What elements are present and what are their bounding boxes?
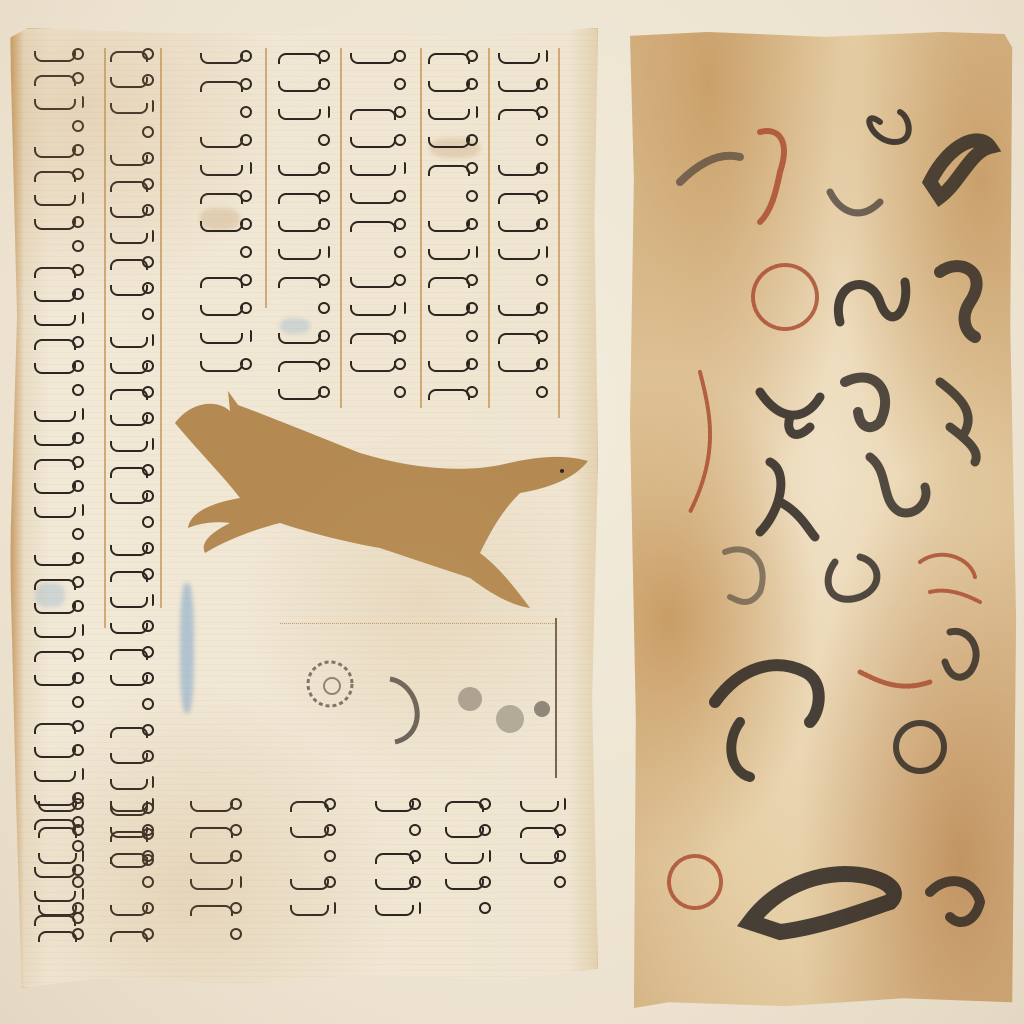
pseudo-glyph bbox=[200, 274, 256, 290]
pseudo-glyph bbox=[290, 850, 340, 866]
pseudo-glyph bbox=[498, 274, 552, 290]
pseudo-glyph bbox=[110, 178, 158, 194]
glyph-column bbox=[498, 50, 552, 402]
pseudo-glyph bbox=[110, 620, 158, 636]
pseudo-glyph bbox=[190, 876, 246, 892]
pseudo-glyph bbox=[34, 240, 88, 256]
pseudo-glyph bbox=[200, 50, 256, 66]
pseudo-glyph bbox=[520, 850, 570, 866]
pseudo-glyph bbox=[278, 134, 334, 150]
pseudo-glyph bbox=[38, 824, 88, 840]
pseudo-glyph bbox=[110, 672, 158, 688]
pseudo-glyph bbox=[428, 78, 482, 94]
pseudo-glyph bbox=[428, 330, 482, 346]
pseudo-glyph bbox=[190, 824, 246, 840]
pseudo-glyph bbox=[350, 274, 410, 290]
column-rule bbox=[488, 48, 490, 408]
pseudo-glyph bbox=[375, 824, 425, 840]
pseudo-glyph bbox=[200, 358, 256, 374]
pseudo-glyph bbox=[498, 162, 552, 178]
pseudo-glyph bbox=[445, 798, 495, 814]
pseudo-glyph bbox=[110, 360, 158, 376]
pseudo-glyph bbox=[428, 190, 482, 206]
pseudo-glyph bbox=[428, 50, 482, 66]
pseudo-glyph bbox=[110, 256, 158, 272]
pseudo-glyph bbox=[34, 288, 88, 304]
ink-animal-figures bbox=[630, 32, 1020, 1012]
pseudo-glyph bbox=[34, 384, 88, 400]
pseudo-glyph bbox=[34, 312, 88, 328]
pseudo-glyph bbox=[34, 720, 88, 736]
pseudo-glyph bbox=[110, 230, 158, 246]
pseudo-glyph bbox=[110, 750, 158, 766]
pseudo-glyph bbox=[110, 776, 158, 792]
pseudo-glyph bbox=[520, 824, 570, 840]
pseudo-glyph bbox=[498, 218, 552, 234]
pseudo-glyph bbox=[428, 134, 482, 150]
pseudo-glyph bbox=[34, 432, 88, 448]
pseudo-glyph bbox=[498, 246, 552, 262]
pseudo-glyph bbox=[278, 162, 334, 178]
pseudo-glyph bbox=[110, 308, 158, 324]
pseudo-glyph bbox=[110, 824, 158, 840]
pseudo-glyph bbox=[110, 438, 158, 454]
pseudo-glyph bbox=[110, 542, 158, 558]
pseudo-glyph bbox=[350, 78, 410, 94]
pseudo-glyph bbox=[34, 192, 88, 208]
pseudo-glyph bbox=[34, 456, 88, 472]
pseudo-glyph bbox=[110, 698, 158, 714]
pseudo-glyph bbox=[278, 274, 334, 290]
pseudo-glyph bbox=[110, 876, 158, 892]
pseudo-glyph bbox=[110, 334, 158, 350]
column-rule bbox=[265, 48, 267, 308]
pseudo-glyph bbox=[190, 798, 246, 814]
column-rule bbox=[420, 48, 422, 408]
pseudo-glyph bbox=[110, 48, 158, 64]
pseudo-glyph bbox=[34, 504, 88, 520]
lower-panel bbox=[280, 623, 555, 774]
pseudo-glyph bbox=[278, 190, 334, 206]
pseudo-glyph bbox=[375, 798, 425, 814]
glyph-column bbox=[278, 50, 334, 402]
ink-blot-marks bbox=[280, 624, 555, 774]
pseudo-glyph bbox=[34, 576, 88, 592]
pseudo-glyph bbox=[34, 552, 88, 568]
pseudo-glyph bbox=[110, 490, 158, 506]
pseudo-glyph bbox=[110, 724, 158, 740]
pseudo-glyph bbox=[350, 246, 410, 262]
pseudo-glyph bbox=[428, 302, 482, 318]
pseudo-glyph bbox=[290, 876, 340, 892]
right-parchment-page bbox=[630, 32, 1020, 1012]
pseudo-glyph bbox=[350, 330, 410, 346]
pseudo-glyph bbox=[428, 162, 482, 178]
glyph-column bbox=[190, 798, 246, 944]
pseudo-glyph bbox=[498, 106, 552, 122]
pseudo-glyph bbox=[34, 216, 88, 232]
pseudo-glyph bbox=[38, 850, 88, 866]
glyph-column bbox=[38, 798, 88, 944]
pseudo-glyph bbox=[428, 218, 482, 234]
pseudo-glyph bbox=[200, 78, 256, 94]
pseudo-glyph bbox=[278, 246, 334, 262]
pseudo-glyph bbox=[34, 672, 88, 688]
pseudo-glyph bbox=[200, 218, 256, 234]
pseudo-glyph bbox=[278, 218, 334, 234]
pseudo-glyph bbox=[445, 850, 495, 866]
pseudo-glyph bbox=[34, 360, 88, 376]
pseudo-glyph bbox=[110, 412, 158, 428]
pseudo-glyph bbox=[445, 902, 495, 918]
pseudo-glyph bbox=[200, 330, 256, 346]
pseudo-glyph bbox=[110, 646, 158, 662]
pseudo-glyph bbox=[200, 246, 256, 262]
pseudo-glyph bbox=[290, 798, 340, 814]
pseudo-glyph bbox=[428, 358, 482, 374]
glyph-column bbox=[110, 798, 158, 944]
pseudo-glyph bbox=[278, 106, 334, 122]
column-rule bbox=[104, 48, 106, 628]
pseudo-glyph bbox=[200, 106, 256, 122]
pseudo-glyph bbox=[34, 72, 88, 88]
pseudo-glyph bbox=[278, 50, 334, 66]
left-manuscript-page bbox=[10, 28, 598, 988]
pseudo-glyph bbox=[38, 928, 88, 944]
pseudo-glyph bbox=[278, 302, 334, 318]
panel-rule bbox=[555, 618, 557, 778]
pseudo-glyph bbox=[34, 648, 88, 664]
pseudo-glyph bbox=[428, 246, 482, 262]
glyph-column bbox=[200, 50, 256, 374]
pseudo-glyph bbox=[34, 624, 88, 640]
glyph-column bbox=[34, 48, 88, 928]
pseudo-glyph bbox=[200, 190, 256, 206]
pseudo-glyph bbox=[278, 78, 334, 94]
pseudo-glyph bbox=[278, 330, 334, 346]
pseudo-glyph bbox=[350, 134, 410, 150]
glyph-column bbox=[110, 48, 158, 870]
pseudo-glyph bbox=[498, 330, 552, 346]
pseudo-glyph bbox=[375, 876, 425, 892]
pseudo-glyph bbox=[445, 824, 495, 840]
pseudo-glyph bbox=[34, 480, 88, 496]
pseudo-glyph bbox=[350, 302, 410, 318]
pseudo-glyph bbox=[110, 464, 158, 480]
pseudo-glyph bbox=[34, 600, 88, 616]
pseudo-glyph bbox=[520, 798, 570, 814]
pseudo-glyph bbox=[290, 824, 340, 840]
pseudo-glyph bbox=[34, 120, 88, 136]
running-animal-figure bbox=[170, 383, 590, 618]
pseudo-glyph bbox=[350, 358, 410, 374]
pseudo-glyph bbox=[34, 144, 88, 160]
column-rule bbox=[340, 48, 342, 408]
pseudo-glyph bbox=[498, 302, 552, 318]
pseudo-glyph bbox=[200, 134, 256, 150]
pseudo-glyph bbox=[34, 168, 88, 184]
pseudo-glyph bbox=[110, 74, 158, 90]
glyph-column bbox=[428, 50, 482, 402]
pseudo-glyph bbox=[34, 696, 88, 712]
pseudo-glyph bbox=[190, 850, 246, 866]
glyph-column bbox=[445, 798, 495, 918]
column-rule bbox=[558, 48, 560, 418]
pseudo-glyph bbox=[110, 516, 158, 532]
pseudo-glyph bbox=[498, 358, 552, 374]
pseudo-glyph bbox=[375, 902, 425, 918]
column-rule bbox=[160, 48, 162, 608]
glyph-column bbox=[350, 50, 410, 402]
pseudo-glyph bbox=[375, 850, 425, 866]
pseudo-glyph bbox=[110, 386, 158, 402]
pseudo-glyph bbox=[350, 162, 410, 178]
pseudo-glyph bbox=[445, 876, 495, 892]
pseudo-glyph bbox=[110, 568, 158, 584]
pseudo-glyph bbox=[428, 274, 482, 290]
pseudo-glyph bbox=[38, 876, 88, 892]
pseudo-glyph bbox=[110, 798, 158, 814]
pseudo-glyph bbox=[34, 336, 88, 352]
pseudo-glyph bbox=[290, 902, 340, 918]
pseudo-glyph bbox=[110, 204, 158, 220]
pseudo-glyph bbox=[350, 218, 410, 234]
pseudo-glyph bbox=[200, 162, 256, 178]
pseudo-glyph bbox=[350, 50, 410, 66]
pseudo-glyph bbox=[34, 744, 88, 760]
pseudo-glyph bbox=[200, 302, 256, 318]
pseudo-glyph bbox=[190, 928, 246, 944]
glyph-column bbox=[290, 798, 340, 918]
pseudo-glyph bbox=[190, 902, 246, 918]
pseudo-glyph bbox=[278, 358, 334, 374]
pseudo-glyph bbox=[110, 100, 158, 116]
pseudo-glyph bbox=[520, 876, 570, 892]
pseudo-glyph bbox=[38, 798, 88, 814]
glyph-column bbox=[375, 798, 425, 918]
pseudo-glyph bbox=[498, 190, 552, 206]
pseudo-glyph bbox=[350, 190, 410, 206]
pseudo-glyph bbox=[38, 902, 88, 918]
pseudo-glyph bbox=[110, 928, 158, 944]
pseudo-glyph bbox=[498, 134, 552, 150]
pseudo-glyph bbox=[110, 850, 158, 866]
pseudo-glyph bbox=[110, 126, 158, 142]
pseudo-glyph bbox=[110, 902, 158, 918]
pseudo-glyph bbox=[498, 78, 552, 94]
pseudo-glyph bbox=[110, 594, 158, 610]
pseudo-glyph bbox=[110, 152, 158, 168]
pseudo-glyph bbox=[34, 48, 88, 64]
pseudo-glyph bbox=[34, 264, 88, 280]
glyph-column bbox=[520, 798, 570, 892]
pseudo-glyph bbox=[34, 768, 88, 784]
pseudo-glyph bbox=[428, 106, 482, 122]
pseudo-glyph bbox=[34, 408, 88, 424]
pseudo-glyph bbox=[34, 96, 88, 112]
pseudo-glyph bbox=[350, 106, 410, 122]
pseudo-glyph bbox=[498, 50, 552, 66]
pseudo-glyph bbox=[110, 282, 158, 298]
pseudo-glyph bbox=[34, 528, 88, 544]
